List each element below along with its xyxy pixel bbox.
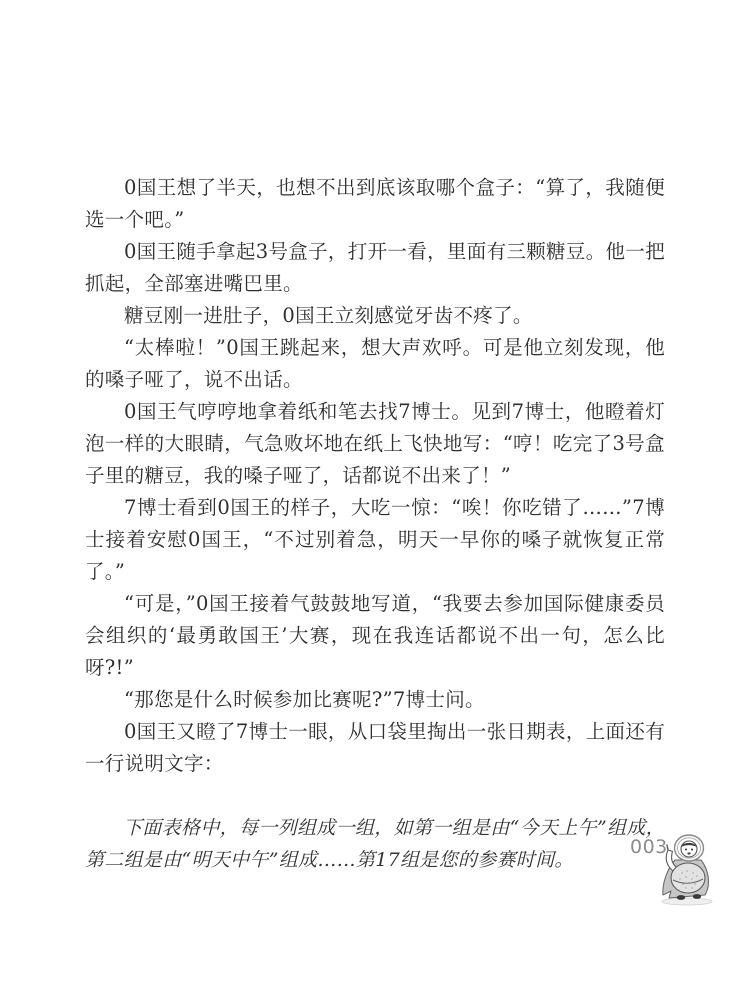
paragraph: “太棒啦！”0国王跳起来，想大声欢呼。可是他立刻发现，他的嗓子哑了，说不出话。 xyxy=(85,332,665,396)
paragraph: 0国王随手拿起3号盒子，打开一看，里面有三颗糖豆。他一把抓起，全部塞进嘴巴里。 xyxy=(85,236,665,300)
paragraph: 糖豆刚一进肚子，0国王立刻感觉牙齿不疼了。 xyxy=(85,300,665,332)
king-zero-illustration xyxy=(656,833,722,907)
paragraph: 0国王想了半天，也想不出到底该取哪个盒子：“算了，我随便选一个吧。” xyxy=(85,172,665,236)
story-text-block: 0国王想了半天，也想不出到底该取哪个盒子：“算了，我随便选一个吧。” 0国王随手… xyxy=(85,172,665,876)
paragraph: “可是，”0国王接着气鼓鼓地写道，“我要去参加国际健康委员会组织的‘最勇敢国王’… xyxy=(85,588,665,684)
paragraph: 7博士看到0国王的样子，大吃一惊：“唉！你吃错了……”7博士接着安慰0国王，“不… xyxy=(85,492,665,588)
paragraph: 0国王气哼哼地拿着纸和笔去找7博士。见到7博士，他瞪着灯泡一样的大眼睛，气急败坏… xyxy=(85,396,665,492)
king-zero-icon xyxy=(656,833,722,907)
book-page: 0国王想了半天，也想不出到底该取哪个盒子：“算了，我随便选一个吧。” 0国王随手… xyxy=(0,0,750,1000)
schedule-note-paragraph: 下面表格中，每一列组成一组，如第一组是由“今天上午”组成，第二组是由“明天中午”… xyxy=(85,812,665,876)
paragraph: 0国王又瞪了7博士一眼，从口袋里掏出一张日期表，上面还有一行说明文字： xyxy=(85,716,665,780)
paragraph: “那您是什么时候参加比赛呢?”7博士问。 xyxy=(85,684,665,716)
